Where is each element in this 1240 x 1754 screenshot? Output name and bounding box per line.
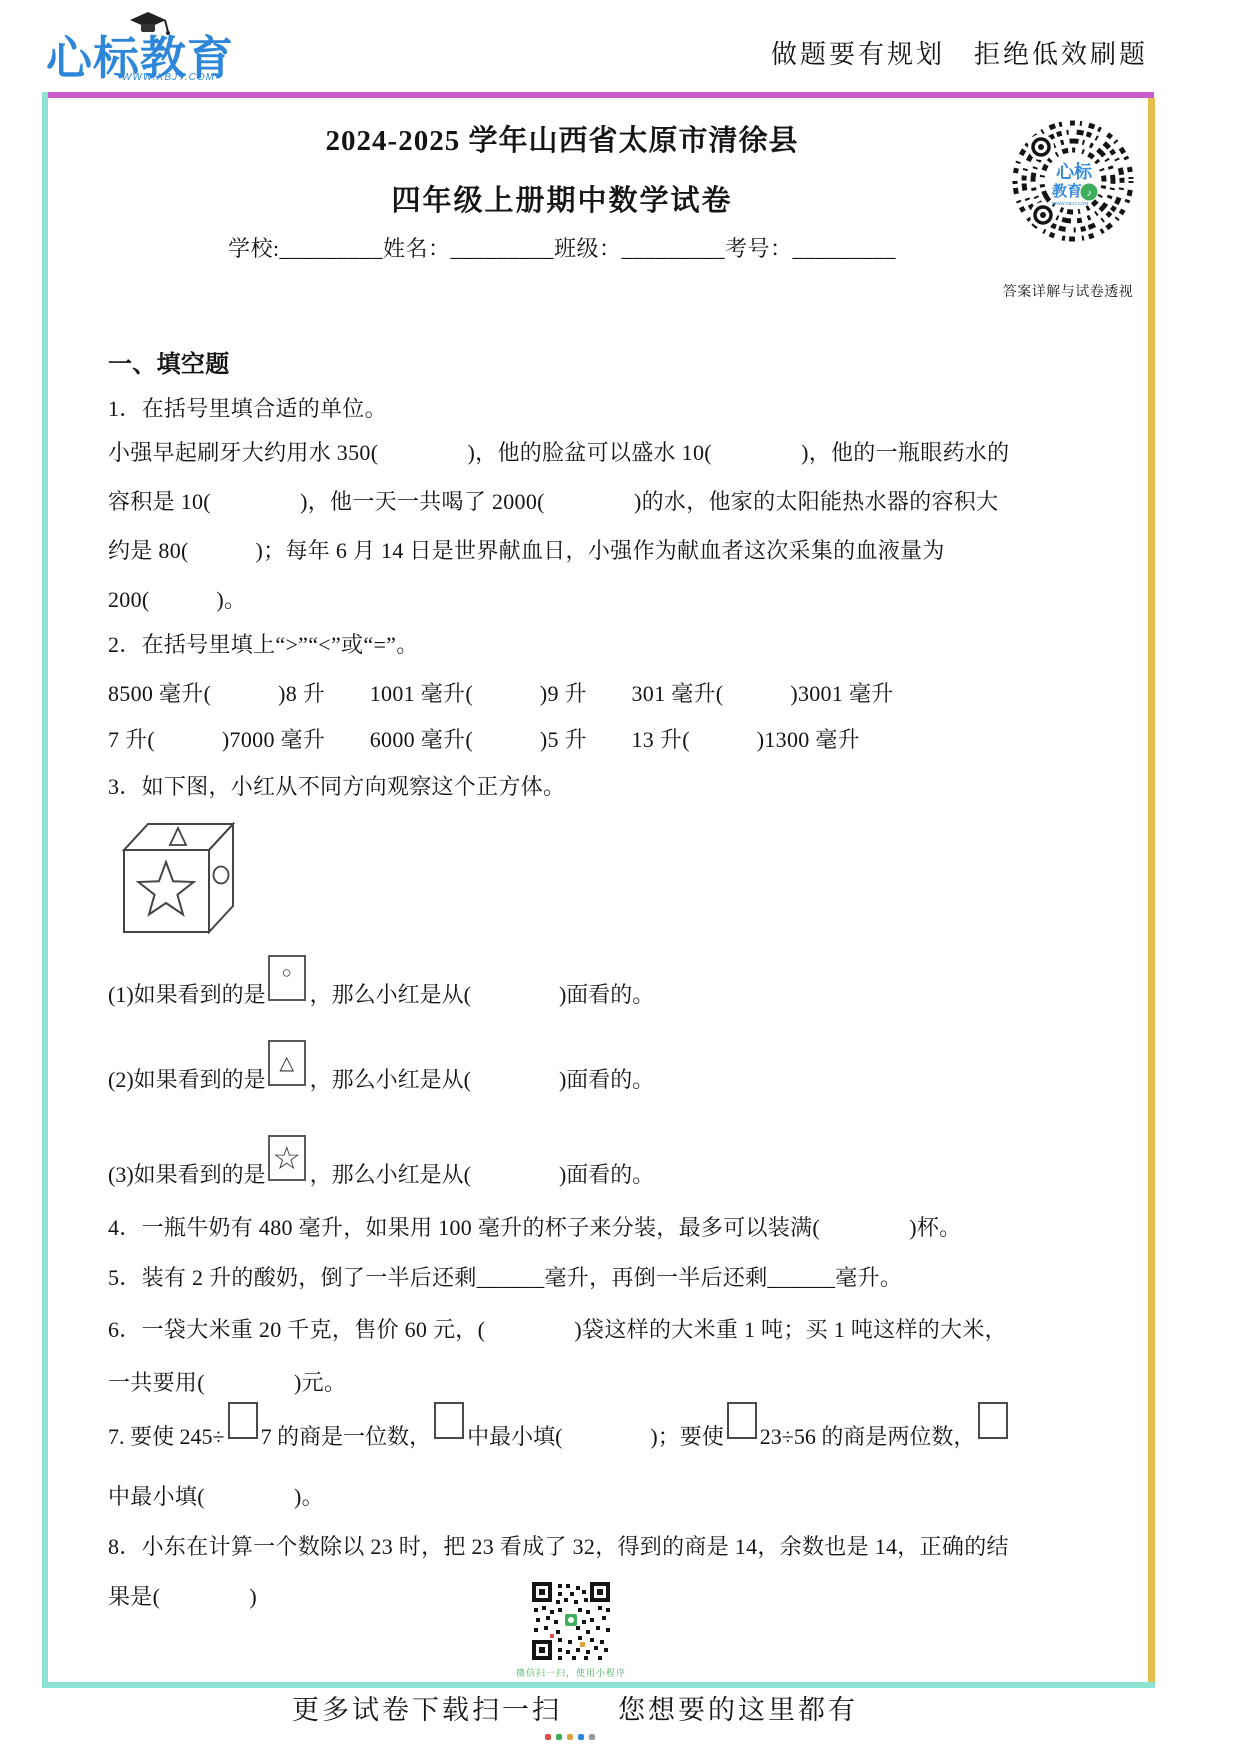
answer-qr-code: 心标 教育 WWW.XBJY.COM ♪ xyxy=(1008,116,1138,246)
q7-seg4: 23÷56 的商是两位数， xyxy=(760,1422,976,1452)
frame-bottom-line xyxy=(42,1682,1155,1688)
q1-line2: 容积是 10( )，他一天一共喝了 2000( )的水，他家的太阳能热水器的容积… xyxy=(108,487,998,517)
brand-url: WWW.XBJY.COM xyxy=(122,72,215,83)
frame-top-line xyxy=(42,92,1154,98)
answer-qr-caption: 答案详解与试卷透视 xyxy=(998,281,1138,301)
q7-line1: 7. 要使 245÷ 7 的商是一位数， 中最小填( )；要使 23÷56 的商… xyxy=(108,1402,1011,1452)
blank-box xyxy=(727,1402,757,1439)
footer-text-left: 更多试卷下载扫一扫 xyxy=(292,1688,562,1727)
q5-line: 5．装有 2 升的酸奶，倒了一半后还剩______毫升，再倒一半后还剩_____… xyxy=(108,1263,902,1293)
footer-qr-sub-decoration xyxy=(545,1734,595,1740)
circle-icon: ○ xyxy=(282,963,292,983)
q3-sub2: (2)如果看到的是 △ ，那么小红是从( )面看的。 xyxy=(108,1040,654,1094)
exam-paper-page: 心标教育 WWW.XBJY.COM 做题要有规划 拒绝低效刷题 2024-202… xyxy=(0,0,1240,1754)
view-box-circle: ○ xyxy=(268,955,306,1001)
q3-sub2-prefix: (2)如果看到的是 xyxy=(108,1066,266,1094)
q6-line1: 6．一袋大米重 20 千克，售价 60 元，( )袋这样的大米重 1 吨；买 1… xyxy=(108,1315,1007,1345)
q1-line1: 小强早起刷牙大约用水 350( )，他的脸盆可以盛水 10( )，他的一瓶眼药水… xyxy=(108,438,1009,468)
cube-side-circle-icon xyxy=(214,867,229,884)
music-note-glyph: ♪ xyxy=(1087,188,1092,199)
q2-head: 2．在括号里填上“>”“<”或“=”。 xyxy=(108,630,419,660)
q3-sub1-suffix: ，那么小红是从( )面看的。 xyxy=(310,981,655,1009)
star-icon: ☆ xyxy=(272,1142,301,1174)
frame-right-line xyxy=(1148,98,1155,1688)
exam-title-line2: 四年级上册期中数学试卷 xyxy=(42,178,1082,219)
q3-sub1: (1)如果看到的是 ○ ，那么小红是从( )面看的。 xyxy=(108,955,654,1009)
cube-front-star-icon xyxy=(138,862,193,915)
q7-seg1: 7. 要使 245÷ xyxy=(108,1422,225,1452)
q4-line: 4．一瓶牛奶有 480 毫升，如果用 100 毫升的杯子来分装，最多可以装满( … xyxy=(108,1213,961,1243)
view-box-star: ☆ xyxy=(268,1135,306,1181)
q3-sub3-suffix: ，那么小红是从( )面看的。 xyxy=(310,1161,655,1189)
blank-box xyxy=(228,1402,258,1439)
qr-center-url: WWW.XBJY.COM xyxy=(1052,201,1088,206)
qr-center-text-2: 教育 xyxy=(1052,182,1082,200)
cube-diagram xyxy=(112,818,247,938)
footer-qr-caption: 微信扫一扫，使用小程序 xyxy=(498,1666,644,1679)
triangle-icon: △ xyxy=(279,1052,294,1075)
q3-sub3-prefix: (3)如果看到的是 xyxy=(108,1161,266,1189)
cube-top-triangle-icon xyxy=(170,828,186,845)
cube-right-face xyxy=(209,824,233,932)
q7-seg3: 中最小填( )；要使 xyxy=(467,1422,724,1452)
q6-line2: 一共要用( )元。 xyxy=(108,1368,346,1398)
q3-head: 3．如下图，小红从不同方向观察这个正方体。 xyxy=(108,772,565,802)
q2-line1: 8500 毫升( )8 升 1001 毫升( )9 升 301 毫升( )300… xyxy=(108,679,894,709)
q2-line2: 7 升( )7000 毫升 6000 毫升( )5 升 13 升( )1300 … xyxy=(108,725,860,755)
q7-line2: 中最小填( )。 xyxy=(108,1482,324,1512)
view-box-triangle: △ xyxy=(268,1040,306,1086)
q3-sub2-suffix: ，那么小红是从( )面看的。 xyxy=(310,1066,655,1094)
blank-box xyxy=(434,1402,464,1439)
footer-text-right: 您想要的这里都有 xyxy=(618,1688,858,1727)
frame-left-line xyxy=(42,92,48,1688)
q3-sub1-prefix: (1)如果看到的是 xyxy=(108,981,266,1009)
q3-sub3: (3)如果看到的是 ☆ ，那么小红是从( )面看的。 xyxy=(108,1135,654,1189)
student-info-line: 学校:_________姓名：_________班级：_________考号：_… xyxy=(42,232,1082,263)
q7-seg2: 7 的商是一位数， xyxy=(261,1422,432,1452)
exam-title-line1: 2024-2025 学年山西省太原市清徐县 xyxy=(42,118,1082,159)
header-slogan: 做题要有规划 拒绝低效刷题 xyxy=(771,34,1148,71)
qr-center-text-1: 心标 xyxy=(1056,161,1093,182)
q1-line3: 约是 80( )；每年 6 月 14 日是世界献血日，小强作为献血者这次采集的血… xyxy=(108,536,945,566)
q8-line1: 8．小东在计算一个数除以 23 时，把 23 看成了 32，得到的商是 14，余… xyxy=(108,1532,1009,1562)
q1-line4: 200( )。 xyxy=(108,585,246,615)
q1-head: 1．在括号里填合适的单位。 xyxy=(108,394,387,424)
graduation-cap-icon xyxy=(116,10,180,38)
blank-box xyxy=(978,1402,1008,1439)
download-qr-code xyxy=(528,1578,614,1664)
section-one-title: 一、填空题 xyxy=(108,350,230,380)
q8-line2: 果是( ) xyxy=(108,1582,257,1612)
